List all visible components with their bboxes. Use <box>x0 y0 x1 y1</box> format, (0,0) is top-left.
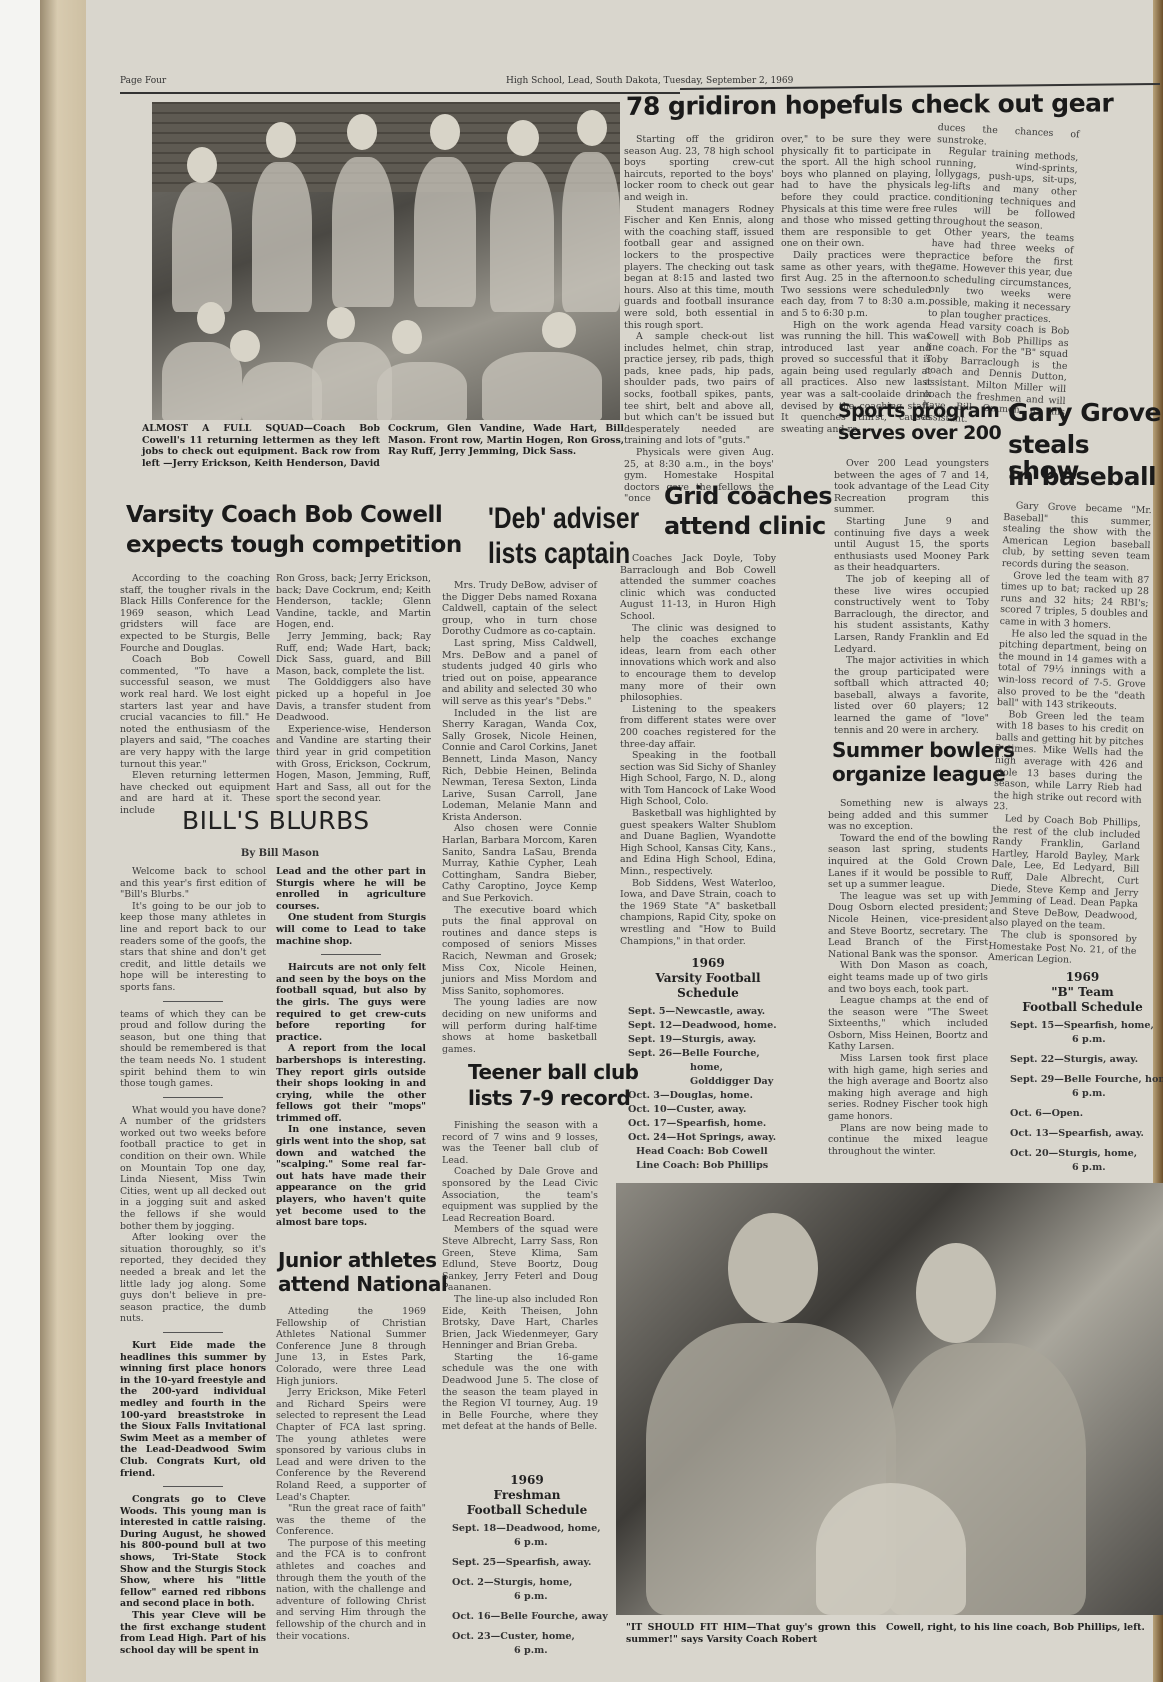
paragraph: Coaches Jack Doyle, Toby Barraclough and… <box>620 553 776 623</box>
paragraph: Ron Gross, back; Jerry Erickson, back; D… <box>276 573 431 631</box>
separator <box>163 1097 223 1098</box>
article-gear-col1: Starting off the gridiron season Aug. 23… <box>624 134 774 505</box>
schedule-title: Football Schedule <box>452 1503 602 1518</box>
dateline: High School, Lead, South Dakota, Tuesday… <box>506 76 793 86</box>
paragraph: Members of the squad were Steve Albrecht… <box>442 1224 598 1294</box>
schedule-row: Oct. 3—Douglas, home. <box>628 1089 788 1103</box>
schedule-row-cont: 6 p.m. <box>452 1536 602 1550</box>
paragraph: Jerry Erickson, Mike Feterl and Richard … <box>276 1387 426 1503</box>
schedule-row-cont: 6 p.m. <box>452 1644 602 1658</box>
paragraph: Starting June 9 and continuing five days… <box>834 516 989 574</box>
paragraph: Something new is always being added and … <box>828 798 988 833</box>
varsity-schedule: 1969 Varsity Football Schedule Sept. 5—N… <box>628 956 788 1173</box>
paragraph: Included in the list are Sherry Karagan,… <box>442 708 597 824</box>
paragraph: Bob Green led the team with 18 bases to … <box>993 709 1145 818</box>
paragraph: The clinic was designed to help the coac… <box>620 623 776 704</box>
paragraph: Atteding the 1969 Fellowship of Christia… <box>276 1306 426 1387</box>
paragraph: Congrats go to Cleve Woods. This young m… <box>120 1494 266 1610</box>
paragraph: Over 200 Lead youngsters between the age… <box>834 458 989 516</box>
headline-bowlers-line2: organize league <box>832 764 1005 785</box>
schedule-row: Oct. 16—Belle Fourche, away <box>452 1610 602 1624</box>
paragraph: A report from the local barbershops is i… <box>276 1043 426 1124</box>
coach-cowell-figure <box>728 1213 818 1323</box>
schedule-row: Sept. 15—Spearfish, home, <box>1010 1019 1155 1033</box>
headline-sports-line2: serves over 200 <box>838 424 1001 444</box>
paragraph: With Don Mason as coach, eight teams mad… <box>828 960 988 995</box>
paragraph: The league was set up with Doug Osborn e… <box>828 891 988 961</box>
schedule-year: 1969 <box>452 1473 602 1488</box>
line-coach: Line Coach: Bob Phillips <box>628 1159 788 1173</box>
headline-grove-line1: Gary Grove <box>1008 400 1161 426</box>
schedule-row: Oct. 13—Spearfish, away. <box>1010 1127 1155 1141</box>
headline-sports-line1: Sports program <box>838 402 999 422</box>
paragraph: In one instance, seven girls went into t… <box>276 1124 426 1228</box>
paragraph: The line-up also included Ron Eide, Keit… <box>442 1294 598 1352</box>
schedule-row: Sept. 25—Spearfish, away. <box>452 1556 602 1570</box>
paragraph: One student from Sturgis will come to Le… <box>276 912 426 947</box>
paragraph: Basketball was highlighted by guest spea… <box>620 808 776 878</box>
schedule-row: Sept. 12—Deadwood, home. <box>628 1019 788 1033</box>
paragraph: Toward the end of the bowling season las… <box>828 833 988 891</box>
schedule-row: Sept. 19—Sturgis, away. <box>628 1033 788 1047</box>
headline-grove-line3: in baseball <box>1008 464 1156 490</box>
headline-bowlers-line1: Summer bowlers <box>832 740 1014 761</box>
article-clinic-body: Coaches Jack Doyle, Toby Barraclough and… <box>620 553 776 947</box>
paragraph: The Golddiggers also have picked up a ho… <box>276 677 431 723</box>
paragraph: Also chosen were Connie Harlan, Barbara … <box>442 823 597 904</box>
coaches-photo <box>616 1183 1163 1615</box>
paragraph: This year Cleve will be the first exchan… <box>120 1610 266 1656</box>
paragraph: "Run the great race of faith" was the th… <box>276 1503 426 1538</box>
article-varsity-col1: According to the coaching staff, the tou… <box>120 573 270 816</box>
paragraph: It's going to be our job to keep those m… <box>120 901 266 994</box>
paragraph: Other years, the teams have had three we… <box>928 226 1075 326</box>
headline-junior-line2: attend National <box>278 1274 447 1295</box>
paragraph: Miss Larsen took first place with high g… <box>828 1053 988 1123</box>
schedule-row: Sept. 5—Newcastle, away. <box>628 1005 788 1019</box>
helmet-shoulder-pads <box>816 1483 966 1615</box>
headline-deb-line2: lists captain <box>488 538 630 570</box>
schedule-title: Freshman <box>452 1488 602 1503</box>
paragraph: Jerry Jemming, back; Ray Ruff, end; Wade… <box>276 631 431 677</box>
article-junior-body: Atteding the 1969 Fellowship of Christia… <box>276 1306 426 1642</box>
squad-photo-caption-col1: ALMOST A FULL SQUAD—Coach Bob Cowell's 1… <box>142 423 380 469</box>
paragraph: The job of keeping all of these live wir… <box>834 574 989 655</box>
schedule-row: Sept. 18—Deadwood, home, <box>452 1522 602 1536</box>
blurbs-col1: Welcome back to school and this year's f… <box>120 866 266 1656</box>
paragraph: The major activities in which the group … <box>834 655 989 736</box>
newspaper-page: Page Four High School, Lead, South Dakot… <box>86 0 1163 1682</box>
freshman-schedule: 1969 Freshman Football Schedule Sept. 18… <box>452 1473 602 1658</box>
schedule-year: 1969 <box>628 956 788 971</box>
coach-phillips-figure <box>916 1243 996 1343</box>
paragraph: Mrs. Trudy DeBow, adviser of the Digger … <box>442 580 597 638</box>
paragraph: Coach Bob Cowell commented, "To have a s… <box>120 654 270 770</box>
paragraph: He also led the squad in the pitching de… <box>997 627 1148 713</box>
headline-teener-line2: lists 7-9 record <box>468 1088 630 1109</box>
schedule-row: Oct. 2—Sturgis, home, <box>452 1576 602 1590</box>
schedule-row-cont: Golddigger Day <box>628 1075 788 1089</box>
page-folio: Page Four <box>120 76 166 86</box>
headline-gear: 78 gridiron hopefuls check out gear <box>626 90 1163 120</box>
article-deb-body: Mrs. Trudy DeBow, adviser of the Digger … <box>442 580 597 1055</box>
paragraph: Bob Siddens, West Waterloo, Iowa, and Da… <box>620 878 776 948</box>
schedule-row-cont: home, <box>628 1061 788 1075</box>
paragraph: League champs at the end of the season w… <box>828 995 988 1053</box>
schedule-row: Oct. 23—Custer, home, <box>452 1630 602 1644</box>
schedule-row: Oct. 6—Open. <box>1010 1107 1155 1121</box>
paragraph: After looking over the situation thoroug… <box>120 1232 266 1325</box>
schedule-row: Sept. 29—Belle Fourche, home, <box>1010 1073 1155 1087</box>
schedule-row-cont: 6 p.m. <box>452 1590 602 1604</box>
schedule-row: Sept. 22—Sturgis, away. <box>1010 1053 1155 1067</box>
scanner-margin <box>0 0 40 1682</box>
paragraph: Finishing the season with a record of 7 … <box>442 1120 598 1166</box>
paragraph: Starting off the gridiron season Aug. 23… <box>624 134 774 204</box>
paragraph: Experience-wise, Henderson and Vandine a… <box>276 724 431 805</box>
article-grove-body: Gary Grove became "Mr. Baseball" this su… <box>988 500 1152 969</box>
separator <box>163 1332 223 1333</box>
headline-clinic-line2: attend clinic <box>664 514 826 539</box>
schedule-row: Oct. 17—Spearfish, home. <box>628 1117 788 1131</box>
byline: By Bill Mason <box>120 848 440 859</box>
paragraph: Kurt Eide made the headlines this summer… <box>120 1340 266 1479</box>
paragraph: over," to be sure they were physically f… <box>781 134 931 250</box>
paragraph: Welcome back to school and this year's f… <box>120 866 266 901</box>
paragraph: The purpose of this meeting and the FCA … <box>276 1538 426 1642</box>
header-rule <box>120 92 680 94</box>
schedule-title: Football Schedule <box>1010 1000 1155 1015</box>
paragraph: Listening to the speakers from different… <box>620 704 776 750</box>
schedule-row-cont: 6 p.m. <box>1010 1161 1155 1175</box>
paragraph: Led by Coach Bob Phillips, the rest of t… <box>989 813 1141 934</box>
b-team-schedule: 1969 "B" Team Football Schedule Sept. 15… <box>1010 970 1155 1175</box>
headline-varsity-line2: expects tough competition <box>126 533 462 557</box>
head-coach: Head Coach: Bob Cowell <box>628 1145 788 1159</box>
paragraph: A sample check-out list includes helmet,… <box>624 331 774 447</box>
paragraph: Daily practices were the same as other y… <box>781 250 931 320</box>
paragraph: The club is sponsored by Homestake Post … <box>988 929 1137 969</box>
article-gear-col2: over," to be sure they were physically f… <box>781 134 931 435</box>
paragraph: Regular training methods, running, wind-… <box>933 145 1079 233</box>
paragraph: Lead and the other part in Sturgis where… <box>276 866 426 912</box>
headline-junior-line1: Junior athletes <box>278 1250 437 1271</box>
paragraph: Coached by Dale Grove and sponsored by t… <box>442 1166 598 1224</box>
paragraph: What would you have done? A number of th… <box>120 1105 266 1233</box>
squad-photo <box>152 102 620 420</box>
article-varsity-col2: Ron Gross, back; Jerry Erickson, back; D… <box>276 573 431 805</box>
paragraph: Grove led the team with 87 times up to b… <box>1000 570 1150 633</box>
schedule-row-cont: 6 p.m. <box>1010 1087 1155 1101</box>
headline-varsity-line1: Varsity Coach Bob Cowell <box>126 503 442 527</box>
schedule-row-cont: 6 p.m. <box>1010 1033 1155 1047</box>
article-gear-col3: duces the chances of sunstroke. Regular … <box>922 122 1080 430</box>
paragraph: The executive board which puts the final… <box>442 905 597 998</box>
paragraph: According to the coaching staff, the tou… <box>120 573 270 654</box>
paragraph: Speaking in the football section was Sid… <box>620 750 776 808</box>
article-sports-body: Over 200 Lead youngsters between the age… <box>834 458 989 736</box>
coaches-photo-caption-col2: Cowell, right, to his line coach, Bob Ph… <box>886 1622 1151 1634</box>
paragraph: Student managers Rodney Fischer and Ken … <box>624 204 774 332</box>
paragraph: Last spring, Miss Caldwell, Mrs. DeBow a… <box>442 638 597 708</box>
headline-deb-line1: 'Deb' adviser <box>488 503 639 535</box>
paragraph: Plans are now being made to continue the… <box>828 1123 988 1158</box>
schedule-row: Sept. 26—Belle Fourche, <box>628 1047 788 1061</box>
blurbs-col2: Lead and the other part in Sturgis where… <box>276 866 426 1229</box>
schedule-title: "B" Team <box>1010 985 1155 1000</box>
schedule-row: Oct. 10—Custer, away. <box>628 1103 788 1117</box>
paragraph: Gary Grove became "Mr. Baseball" this su… <box>1002 500 1152 575</box>
squad-photo-caption-col2: Cockrum, Glen Vandine, Wade Hart, Bill M… <box>388 423 624 458</box>
coaches-photo-caption-col1: "IT SHOULD FIT HIM—That guy's grown this… <box>626 1622 876 1645</box>
schedule-title: Varsity Football <box>628 971 788 986</box>
schedule-row: Oct. 24—Hot Springs, away. <box>628 1131 788 1145</box>
separator <box>163 1001 223 1002</box>
headline-clinic-line1: Grid coaches <box>664 484 832 509</box>
article-teener-body: Finishing the season with a record of 7 … <box>442 1120 598 1433</box>
headline-teener-line1: Teener ball club <box>468 1062 639 1083</box>
paragraph: The young ladies are now deciding on new… <box>442 997 597 1055</box>
paragraph: teams of which they can be proud and fol… <box>120 1009 266 1090</box>
separator <box>321 954 381 955</box>
paragraph: Haircuts are not only felt and seen by t… <box>276 962 426 1043</box>
article-bowlers-body: Something new is always being added and … <box>828 798 988 1157</box>
schedule-year: 1969 <box>1010 970 1155 985</box>
paragraph: Starting the 16-game schedule was the on… <box>442 1352 598 1433</box>
column-title-blurbs: BILL'S BLURBS <box>182 806 370 835</box>
schedule-row: Oct. 20—Sturgis, home, <box>1010 1147 1155 1161</box>
separator <box>163 1486 223 1487</box>
schedule-title: Schedule <box>628 986 788 1001</box>
